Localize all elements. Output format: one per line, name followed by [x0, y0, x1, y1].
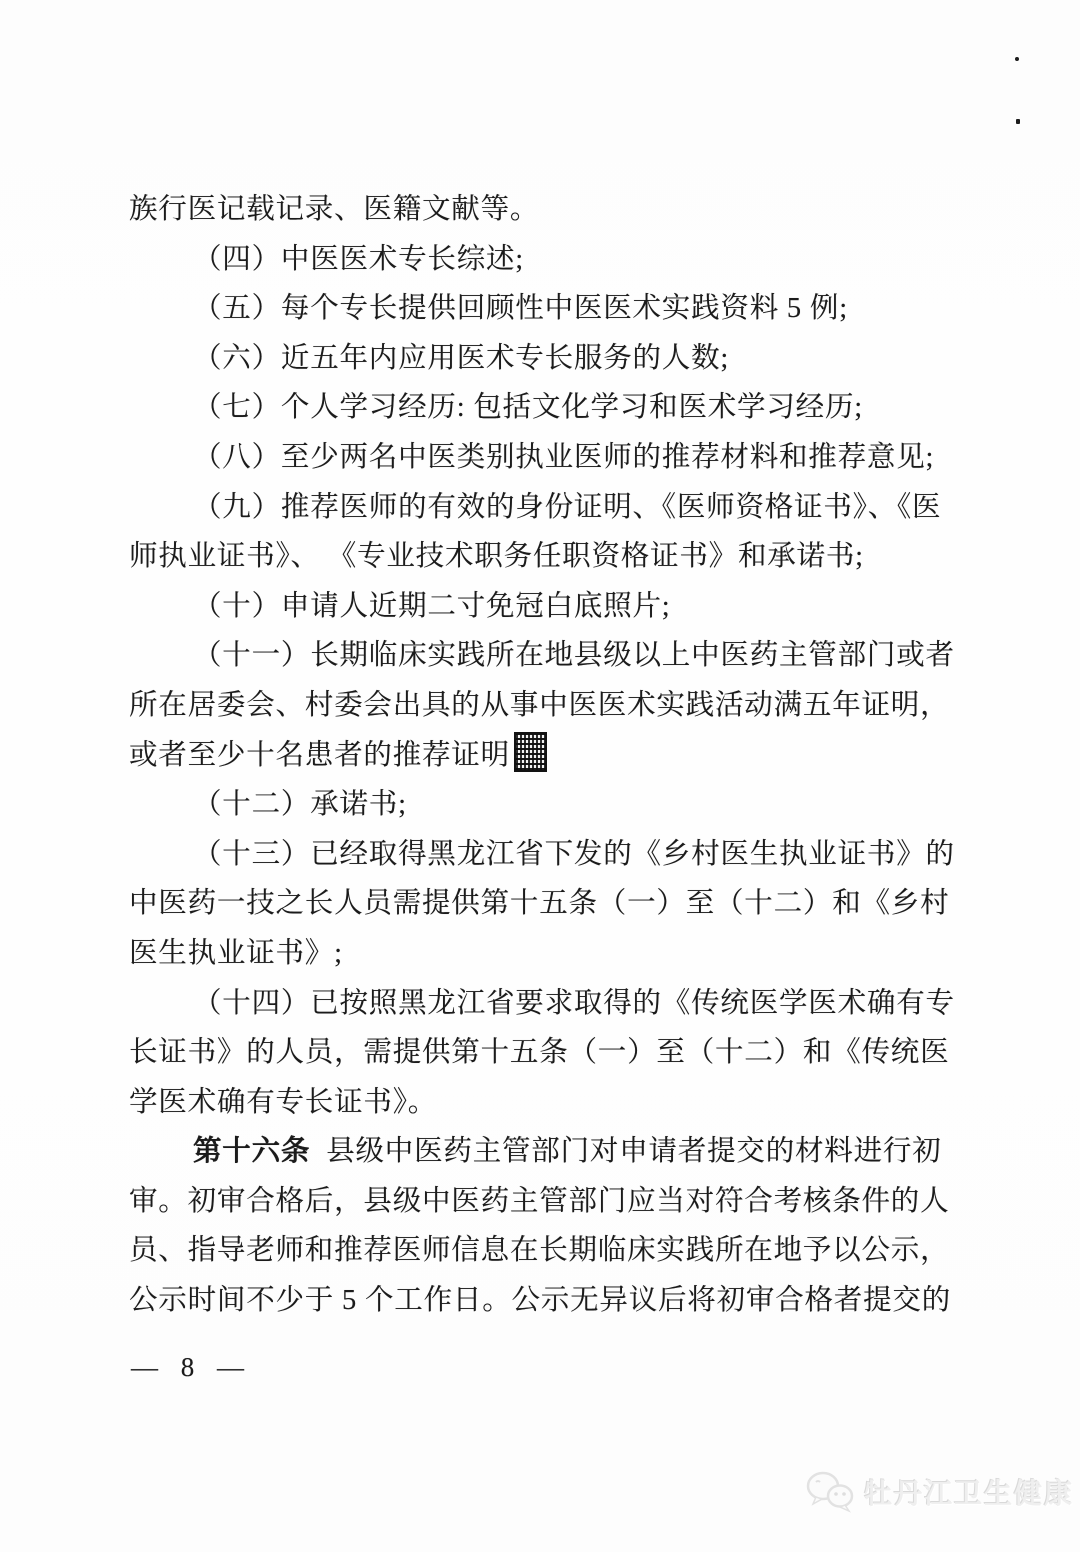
- text-line: （四）中医医术专长综述;: [129, 235, 1029, 285]
- document-page: 族行医记载记录、医籍文献等。 （四）中医医术专长综述; （五）每个专长提供回顾性…: [0, 0, 1080, 1552]
- text-line: （七）个人学习经历: 包括文化学习和医术学习经历;: [129, 383, 1029, 433]
- scan-speck: [1015, 57, 1019, 61]
- watermark: 牡丹江卫生健康: [804, 1468, 1074, 1516]
- line-text: 或者至少十名患者的推荐证明: [129, 740, 510, 771]
- text-line: （八）至少两名中医类别执业医师的推荐材料和推荐意见;: [129, 433, 1029, 483]
- scan-speck: [1016, 119, 1020, 124]
- wechat-icon: [804, 1468, 856, 1516]
- text-line: 所在居委会、村委会出具的从事中医医术实践活动满五年证明，: [129, 681, 1029, 731]
- document-body: 族行医记载记录、医籍文献等。 （四）中医医术专长综述; （五）每个专长提供回顾性…: [129, 185, 1029, 1326]
- article-number: 第十六条: [193, 1136, 310, 1167]
- text-line: 长证书》的人员，需提供第十五条（一）至（十二）和《传统医: [129, 1028, 1029, 1078]
- text-line: 中医药一技之长人员需提供第十五条（一）至（十二）和《乡村: [129, 879, 1029, 929]
- text-line: 员、指导老师和推荐医师信息在长期临床实践所在地予以公示，: [129, 1226, 1029, 1276]
- text-line: 或者至少十名患者的推荐证明: [129, 731, 1029, 781]
- text-line: （十）申请人近期二寸免冠白底照片;: [129, 582, 1029, 632]
- text-line: 师执业证书》、 《专业技术职务任职资格证书》和承诺书;: [129, 532, 1029, 582]
- text-line: （十一）长期临床实践所在地县级以上中医药主管部门或者: [129, 631, 1029, 681]
- text-line: 公示时间不少于 5 个工作日。公示无异议后将初审合格者提交的: [129, 1276, 1029, 1326]
- ink-stamp: [514, 732, 547, 772]
- text-line: （十二）承诺书;: [129, 780, 1029, 830]
- text-line: 族行医记载记录、医籍文献等。: [129, 185, 1029, 235]
- text-line: （六）近五年内应用医术专长服务的人数;: [129, 334, 1029, 384]
- text-line: 审。初审合格后，县级中医药主管部门应当对符合考核条件的人: [129, 1177, 1029, 1227]
- text-line: （五）每个专长提供回顾性中医医术实践资料 5 例;: [129, 284, 1029, 334]
- text-line: （十四）已按照黑龙江省要求取得的《传统医学医术确有专: [129, 979, 1029, 1029]
- watermark-label: 牡丹江卫生健康: [864, 1472, 1074, 1512]
- text-line: 第十六条县级中医药主管部门对申请者提交的材料进行初: [129, 1127, 1029, 1177]
- text-line: （十三）已经取得黑龙江省下发的《乡村医生执业证书》的: [129, 830, 1029, 880]
- page-number: — 8 —: [131, 1352, 252, 1383]
- text-line: 学医术确有专长证书》。: [129, 1078, 1029, 1128]
- text-line: （九）推荐医师的有效的身份证明、《医师资格证书》、《医: [129, 483, 1029, 533]
- line-text: 县级中医药主管部门对申请者提交的材料进行初: [326, 1136, 941, 1167]
- text-line: 医生执业证书》;: [129, 929, 1029, 979]
